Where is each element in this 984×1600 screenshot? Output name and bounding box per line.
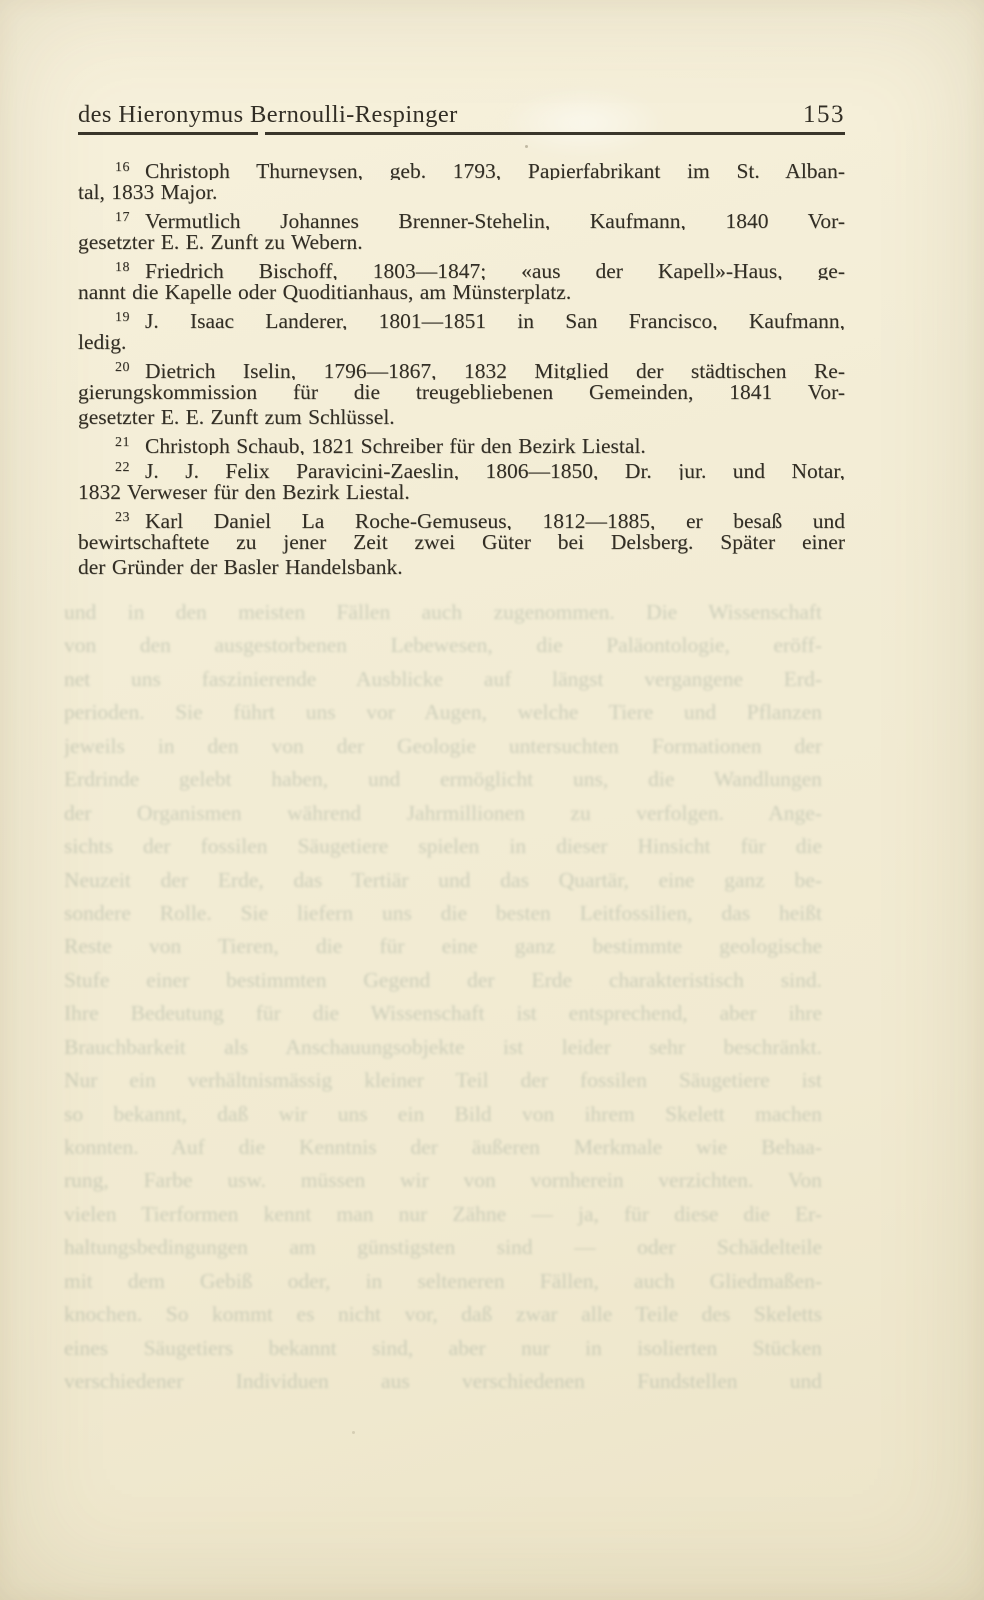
- bleedthrough-line: Nur ein verhältnismässig kleiner Teil de…: [64, 1064, 822, 1097]
- footnote: 17Vermutlich Johannes Brenner-Stehelin, …: [78, 205, 845, 255]
- footnote-line: bewirtschaftete zu jener Zeit zwei Güter…: [78, 530, 845, 555]
- bleedthrough-line: Erdrinde gelebt haben, und ermöglicht un…: [64, 763, 822, 796]
- footnote-line: nannt die Kapelle oder Quoditianhaus, am…: [78, 280, 845, 305]
- footnote: 20Dietrich Iselin, 1796—1867, 1832 Mitgl…: [78, 355, 845, 430]
- bleedthrough-line: so bekannt, daß wir uns ein Bild von ihr…: [64, 1098, 822, 1131]
- bleedthrough-line: vielen Tierformen kennt man nur Zähne — …: [64, 1198, 822, 1231]
- footnote-line: 19J. Isaac Landerer, 1801—1851 in San Fr…: [78, 305, 845, 330]
- footnote-line: 16Christoph Thurneysen, geb. 1793, Papie…: [78, 155, 845, 180]
- bleedthrough-line: Reste von Tieren, die für eine ganz best…: [64, 930, 822, 963]
- bleedthrough-line: perioden. Sie führt uns vor Augen, welch…: [64, 696, 822, 729]
- bleedthrough-line: verschiedener Individuen aus verschieden…: [64, 1365, 822, 1398]
- running-head-title: des Hieronymus Bernoulli-Respinger: [78, 101, 458, 129]
- bleedthrough-line: sondere Rolle. Sie liefern uns die beste…: [64, 897, 822, 930]
- bleedthrough-line: eines Säugetiers bekannt sind, aber nur …: [64, 1332, 822, 1365]
- footnote-marker: 23: [115, 510, 130, 525]
- footnote-marker: 20: [115, 360, 130, 375]
- book-page: des Hieronymus Bernoulli-Respinger 153 1…: [0, 0, 984, 1600]
- footnote-marker: 17: [115, 210, 130, 225]
- bleedthrough-line: Neuzeit der Erde, das Tertiär und das Qu…: [64, 864, 822, 897]
- footnote: 19J. Isaac Landerer, 1801—1851 in San Fr…: [78, 305, 845, 355]
- bleedthrough-line: rung, Farbe usw. müssen wir von vornhere…: [64, 1164, 822, 1197]
- running-head: des Hieronymus Bernoulli-Respinger 153: [78, 101, 845, 129]
- footnote-line: ledig.: [78, 330, 845, 355]
- bleedthrough-line: Brauchbarkeit als Anschauungsobjekte ist…: [64, 1031, 822, 1064]
- footnote-line: 17Vermutlich Johannes Brenner-Stehelin, …: [78, 205, 845, 230]
- footnote-line: 22J. J. Felix Paravicini-Zaeslin, 1806—1…: [78, 455, 845, 480]
- bleedthrough-text: und in den meisten Fällen auch zugenomme…: [64, 596, 822, 1399]
- footnote: 16Christoph Thurneysen, geb. 1793, Papie…: [78, 155, 845, 205]
- footnote-line: gesetzter E. E. Zunft zum Schlüssel.: [78, 405, 845, 430]
- footnote-marker: 21: [115, 435, 130, 450]
- footnote: 23Karl Daniel La Roche-Gemuseus, 1812—18…: [78, 505, 845, 580]
- header-rule: [78, 132, 845, 135]
- footnote-line: der Gründer der Basler Handelsbank.: [78, 555, 845, 580]
- bleedthrough-line: net uns faszinierende Ausblicke auf läng…: [64, 663, 822, 696]
- paper-speck: [525, 145, 528, 148]
- bleedthrough-line: knochen. So kommt es nicht vor, daß zwar…: [64, 1298, 822, 1331]
- page-number: 153: [803, 101, 845, 129]
- footnote: 18Friedrich Bischoff, 1803—1847; «aus de…: [78, 255, 845, 305]
- bleedthrough-line: Ihre Bedeutung für die Wissenschaft ist …: [64, 997, 822, 1030]
- bleedthrough-line: konnten. Auf die Kenntnis der äußeren Me…: [64, 1131, 822, 1164]
- bleedthrough-line: jeweils in den von der Geologie untersuc…: [64, 730, 822, 763]
- bleedthrough-line: haltungsbedingungen am günstigsten sind …: [64, 1231, 822, 1264]
- bleedthrough-line: von den ausgestorbenen Lebewesen, die Pa…: [64, 629, 822, 662]
- bleedthrough-line: Stufe einer bestimmten Gegend der Erde c…: [64, 964, 822, 997]
- bleedthrough-line: sichts der fossilen Säugetiere spielen i…: [64, 830, 822, 863]
- footnote: 21Christoph Schaub, 1821 Schreiber für d…: [78, 430, 845, 455]
- footnote-line: gesetzter E. E. Zunft zu Webern.: [78, 230, 845, 255]
- footnote-line: gierungskommission für die treugeblieben…: [78, 380, 845, 405]
- footnote-marker: 16: [115, 160, 130, 175]
- bleedthrough-line: der Organismen während Jahrmillionen zu …: [64, 797, 822, 830]
- footnote-section: 16Christoph Thurneysen, geb. 1793, Papie…: [78, 155, 845, 580]
- footnote-line: tal, 1833 Major.: [78, 180, 845, 205]
- footnote-line: 21Christoph Schaub, 1821 Schreiber für d…: [78, 430, 845, 455]
- footnote-line: 20Dietrich Iselin, 1796—1867, 1832 Mitgl…: [78, 355, 845, 380]
- footnote: 22J. J. Felix Paravicini-Zaeslin, 1806—1…: [78, 455, 845, 505]
- footnote-marker: 18: [115, 260, 130, 275]
- footnote-line: 1832 Verweser für den Bezirk Liestal.: [78, 480, 845, 505]
- bleedthrough-line: und in den meisten Fällen auch zugenomme…: [64, 596, 822, 629]
- footnote-line: 18Friedrich Bischoff, 1803—1847; «aus de…: [78, 255, 845, 280]
- paper-speck: [352, 1431, 355, 1434]
- footnote-marker: 19: [115, 310, 130, 325]
- footnote-marker: 22: [115, 460, 130, 475]
- footnote-line: 23Karl Daniel La Roche-Gemuseus, 1812—18…: [78, 505, 845, 530]
- bleedthrough-line: mit dem Gebiß oder, in selteneren Fällen…: [64, 1265, 822, 1298]
